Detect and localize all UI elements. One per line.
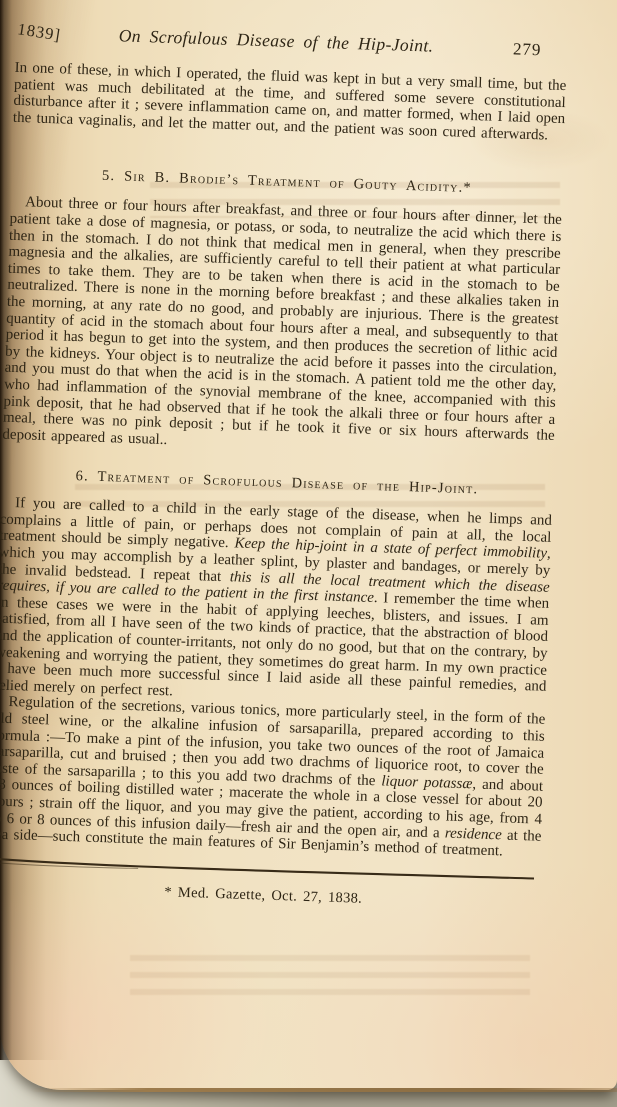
- page-content: 1839] On Scrofulous Disease of the Hip-J…: [0, 21, 568, 913]
- intro-paragraph: In one of these, in which I operated, th…: [13, 60, 567, 145]
- section-6-paragraph-1: If you are called to a child in the earl…: [0, 495, 552, 712]
- page-header: 1839] On Scrofulous Disease of the Hip-J…: [15, 21, 567, 62]
- section-5-heading: 5. Sir B. Brodie’s Treatment of Gouty Ac…: [11, 164, 563, 200]
- page-number: 279: [513, 38, 568, 62]
- book-page: 1839] On Scrofulous Disease of the Hip-J…: [0, 0, 617, 1090]
- footnote-rule-line: [0, 855, 536, 883]
- ghost-text-artifact: [130, 955, 530, 997]
- running-title: On Scrofulous Disease of the Hip-Joint.: [49, 22, 503, 59]
- scanned-book-photo: 1839] On Scrofulous Disease of the Hip-J…: [0, 0, 617, 1107]
- section-6-heading: 6. Treatment of Scrofulous Disease of th…: [1, 465, 553, 501]
- section-6-paragraph-2: Regulation of the secretions, various to…: [0, 694, 546, 862]
- footnote: * Med. Gazette, Oct. 27, 1838.: [0, 878, 539, 913]
- section-5-paragraph: About three or four hours after breakfas…: [2, 194, 562, 461]
